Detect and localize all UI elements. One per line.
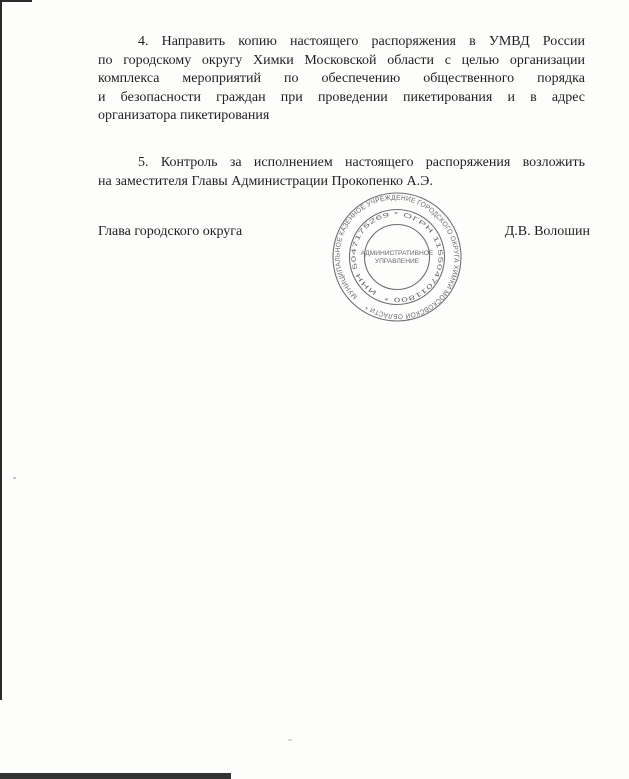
scan-edge-bottom-bar [0, 773, 231, 779]
signature-title: Глава городского округа [98, 223, 242, 242]
scan-speck [288, 739, 292, 741]
official-seal: МУНИЦИПАЛЬНОЕ КАЗЕННОЕ УЧРЕЖДЕНИЕ ГОРОДС… [322, 182, 472, 332]
paragraph-line: 5. Контроль за исполнением настоящего ра… [98, 154, 585, 173]
paragraph-4: 4. Направить копию настоящего распоряжен… [98, 33, 585, 126]
signature-name: Д.В. Волошин [505, 223, 590, 242]
seal-center-text-line1: АДМИНИСТРАТИВНОЕ [361, 250, 434, 257]
scan-edge-left-line [0, 0, 2, 700]
scan-speck [13, 477, 16, 479]
paragraph-line: 4. Направить копию настоящего распоряжен… [98, 33, 585, 52]
seal-center-text-line2: УПРАВЛЕНИЕ [375, 258, 420, 265]
paragraph-line: организатора пикетирования [98, 107, 585, 126]
document-page: 4. Направить копию настоящего распоряжен… [0, 0, 629, 779]
scan-edge-top-line [0, 0, 32, 2]
seal-inner-circle [365, 225, 430, 290]
paragraph-line: комплекса мероприятий по обеспечению общ… [98, 70, 585, 89]
paragraph-line: по городскому округу Химки Московской об… [98, 52, 585, 71]
paragraph-line: и безопасности граждан при проведении пи… [98, 89, 585, 108]
seal-middle-circle [350, 210, 445, 305]
